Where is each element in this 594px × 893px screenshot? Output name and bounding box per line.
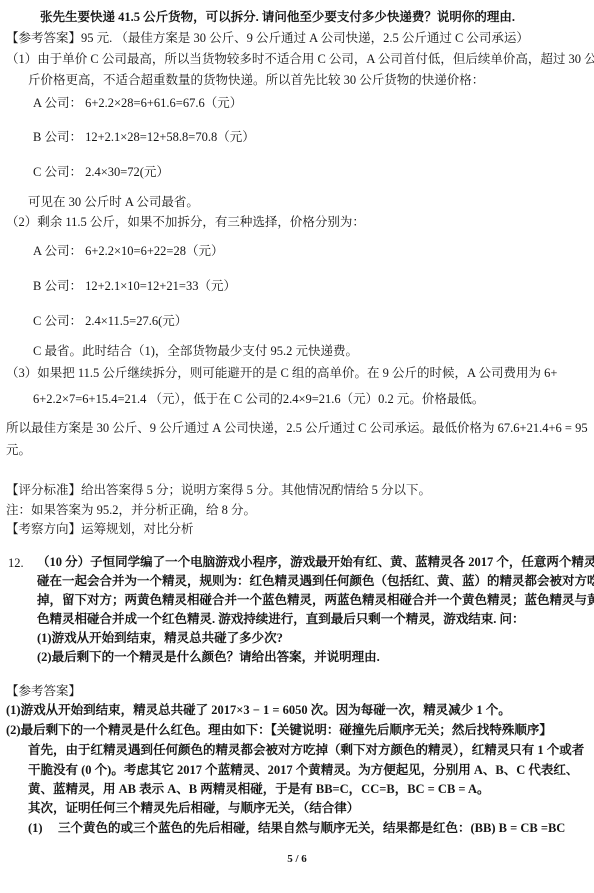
q12-answer-part2-line2: 首先，由于红精灵遇到任何颜色的精灵都会被对方吃掉（剩下对方颜色的精灵），红精灵只… — [28, 743, 584, 758]
q11-scoring-note: 注：如果答案为 95.2，并分析正确，给 8 分。 — [6, 503, 256, 518]
q11-part1-intro-line2: 斤价格更高，不适合超重数量的货物快递。所以首先比较 30 公斤货物的快递价格： — [28, 73, 484, 88]
q12-answer-header: 【参考答案】 — [6, 684, 81, 699]
q11-part2-price-a: A 公司： 6+2.2×10=6+22=28（元） — [33, 244, 223, 259]
q12-subquestion-1: (1)游戏从开始到结束，精灵总共碰了多少次? — [37, 631, 283, 646]
q11-part3-line2: 6+2.2×7=6+15.4=21.4 （元），低于在 C 公司的2.4×9=2… — [33, 392, 484, 407]
document-page: 张先生要快递 41.5 公斤货物，可以拆分. 请问他至少要支付多少快递费？说明你… — [0, 0, 594, 893]
q12-stem-line4: 色精灵相碰合并成一个红色精灵. 游戏持续进行，直到最后只剩一个精灵，游戏结束. … — [37, 612, 525, 627]
q11-best-plan-line2: 元。 — [6, 443, 31, 458]
q12-answer-part2-line3: 干脆没有 (0 个)。考虑其它 2017 个蓝精灵、2017 个黄精灵。为方便起… — [28, 763, 578, 778]
q11-part2-price-c: C 公司： 2.4×11.5=27.6(元） — [33, 314, 187, 329]
q11-part2-conclusion: C 最省。此时结合（1)，全部货物最少支付 95.2 元快递费。 — [33, 344, 358, 359]
q12-number: 12. — [8, 556, 24, 571]
q12-case1-number: (1) — [28, 821, 43, 836]
q12-subquestion-2: (2)最后剩下的一个精灵是什么颜色？请给出答案，并说明理由. — [37, 650, 380, 665]
q11-scoring-standard: 【评分标准】给出答案得 5 分；说明方案得 5 分。其他情况酌情给 5 分以下。 — [6, 483, 431, 498]
q11-exam-focus: 【考察方向】运筹规划，对比分析 — [6, 522, 194, 537]
q12-answer-part2-line4: 黄、蓝精灵，用 AB 表示 A、B 两精灵相碰，于是有 BB=C，CC=B，BC… — [28, 782, 490, 797]
q11-part3-line1: （3）如果把 11.5 公斤继续拆分，则可能避开的是 C 组的高单价。在 9 公… — [6, 366, 557, 381]
q11-best-plan-line1: 所以最佳方案是 30 公斤、9 公斤通过 A 公司快递，2.5 公斤通过 C 公… — [6, 421, 588, 436]
q11-part1-conclusion: 可见在 30 公斤时 A 公司最省。 — [28, 195, 199, 210]
q11-part2-intro: （2）剩余 11.5 公斤，如果不加拆分，有三种选择，价格分别为： — [6, 215, 365, 230]
q12-stem-line1: （10 分）子恒同学编了一个电脑游戏小程序，游戏最开始有红、黄、蓝精灵各 201… — [37, 555, 594, 570]
q11-part1-intro-line1: （1）由于单价 C 公司最高，所以当货物较多时不适合用 C 公司，A 公司首付低… — [6, 52, 594, 67]
q12-answer-part2-line5: 其次，证明任何三个精灵先后相碰，与顺序无关，（结合律） — [28, 801, 359, 816]
q12-answer-part2-line1: (2)最后剩下的一个精灵是什么红色。理由如下：【关键说明：碰撞先后顺序无关；然后… — [6, 723, 552, 738]
page-number: 5 / 6 — [0, 852, 594, 867]
q12-answer-part1: (1)游戏从开始到结束，精灵总共碰了 2017×3 − 1 = 6050 次。因… — [6, 703, 511, 718]
q12-case1-text: 三个黄色的或三个蓝色的先后相碰，结果自然与顺序无关，结果都是红色：(BB) B … — [58, 821, 565, 836]
q11-question: 张先生要快递 41.5 公斤货物，可以拆分. 请问他至少要支付多少快递费？说明你… — [40, 10, 515, 25]
q12-stem-line2: 碰在一起会合并为一个精灵，规则为：红色精灵遇到任何颜色（包括红、黄、蓝）的精灵都… — [37, 574, 594, 589]
q11-part1-price-b: B 公司： 12+2.1×28=12+58.8=70.8（元） — [33, 130, 255, 145]
q11-part2-price-b: B 公司： 12+2.1×10=12+21=33（元） — [33, 279, 236, 294]
q12-stem-line3: 掉，留下对方；两黄色精灵相碰合并一个蓝色精灵，两蓝色精灵相碰合并一个黄色精灵；蓝… — [37, 593, 594, 608]
q11-answer-summary: 【参考答案】95 元. （最佳方案是 30 公斤、9 公斤通过 A 公司快递，2… — [6, 31, 529, 46]
q11-part1-price-a: A 公司： 6+2.2×28=6+61.6=67.6（元） — [33, 96, 242, 111]
q11-part1-price-c: C 公司： 2.4×30=72(元） — [33, 165, 169, 180]
